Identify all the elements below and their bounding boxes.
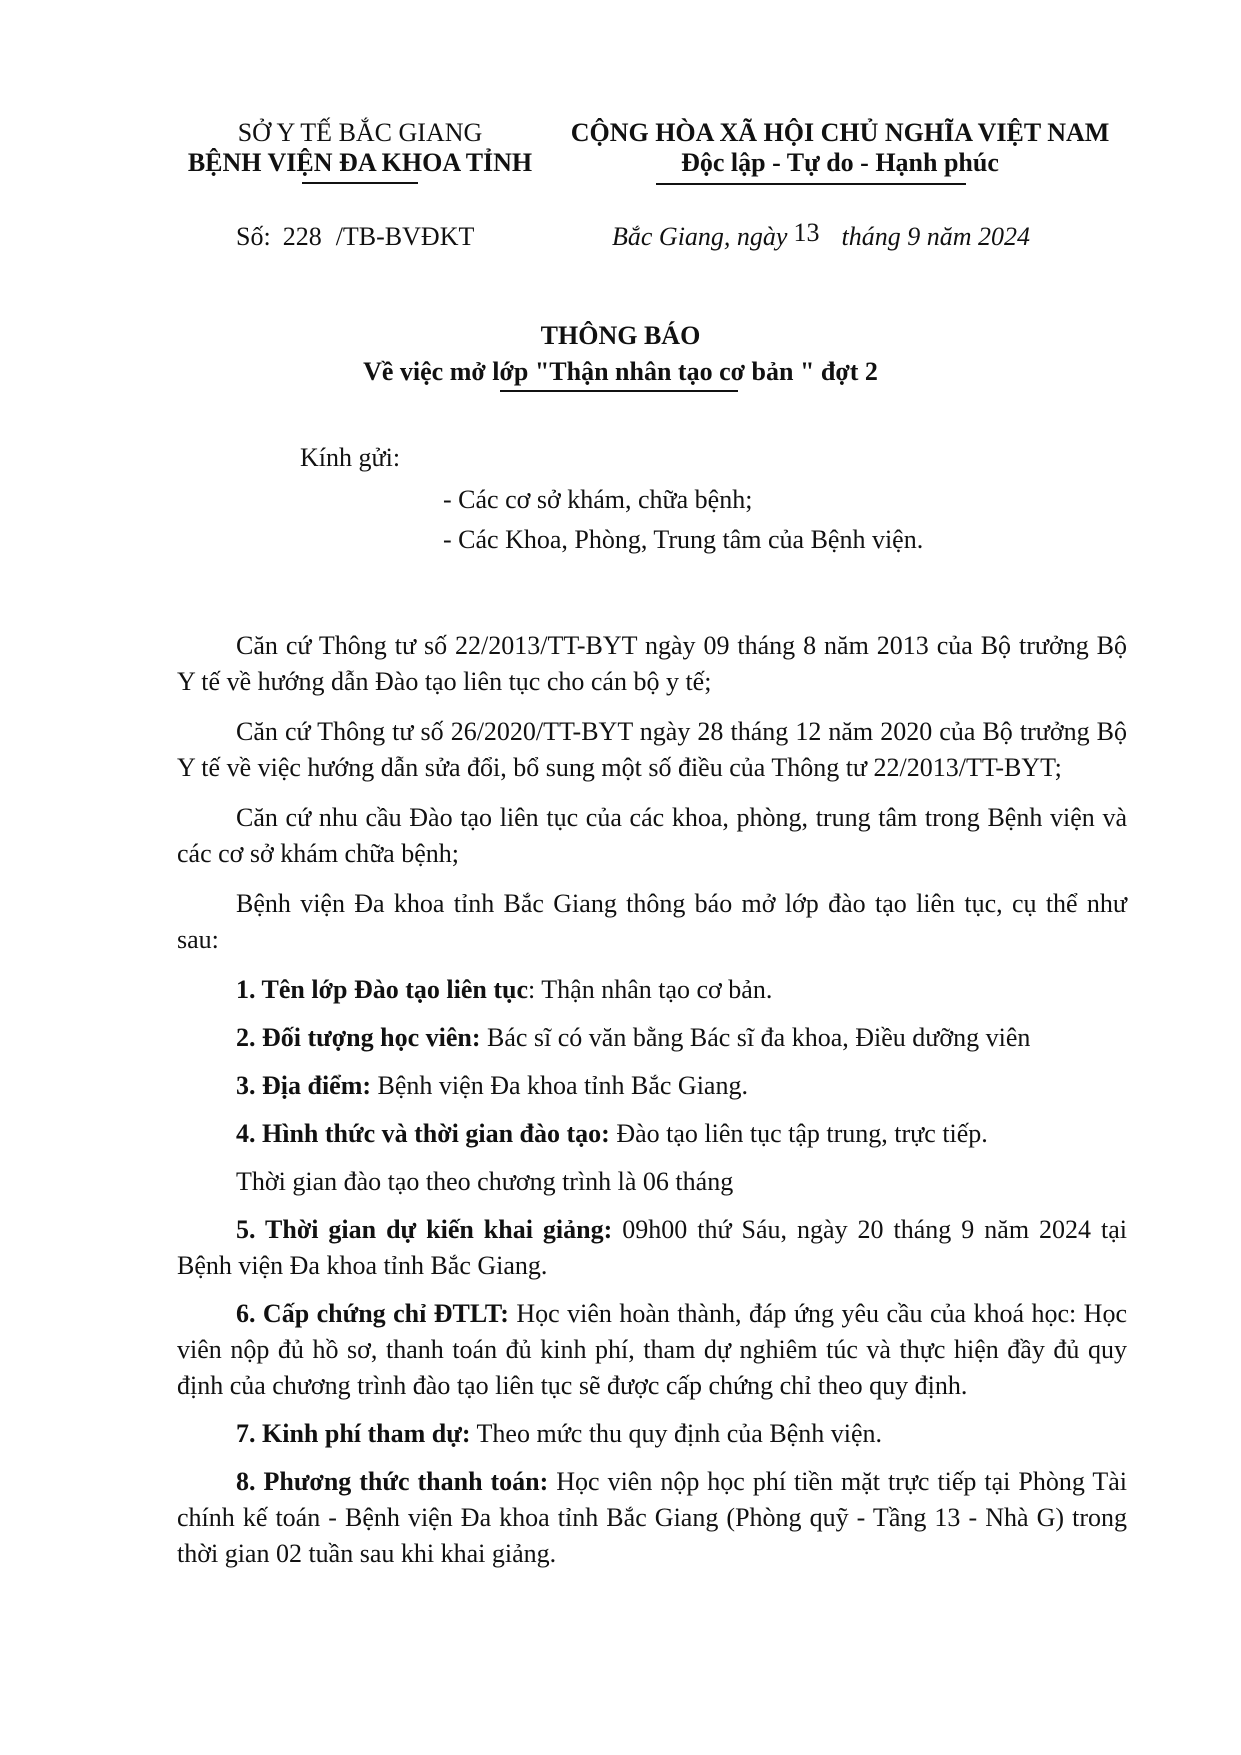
section-text: Bác sĩ có văn bằng Bác sĩ đa khoa, Điều … (487, 1023, 1030, 1052)
section-course-name: 1. Tên lớp Đào tạo liên tục: Thận nhân t… (177, 972, 1127, 1008)
section-separator: : (528, 975, 541, 1004)
recipient-item: - Các Khoa, Phòng, Trung tâm của Bệnh vi… (443, 522, 923, 558)
section-label: 4. Hình thức và thời gian đào tạo: (236, 1119, 610, 1148)
section-format: 4. Hình thức và thời gian đào tạo: Đào t… (177, 1116, 1127, 1152)
recipients-block: Kính gửi: - Các cơ sở khám, chữa bệnh; -… (300, 440, 923, 562)
preamble-paragraph: Căn cứ Thông tư số 26/2020/TT-BYT ngày 2… (177, 714, 1127, 786)
document-body: Căn cứ Thông tư số 22/2013/TT-BYT ngày 0… (177, 628, 1127, 1584)
section-target-learners: 2. Đối tượng học viên: Bác sĩ có văn bằn… (177, 1020, 1127, 1056)
document-number: Số:228/TB-BVĐKT (236, 222, 474, 252)
section-label: 2. Đối tượng học viên: (236, 1023, 481, 1052)
date-prefix: Bắc Giang, ngày (612, 222, 787, 251)
section-text: Thận nhân tạo cơ bản. (541, 975, 772, 1004)
agency-name: BỆNH VIỆN ĐA KHOA TỈNH (170, 148, 550, 178)
title-underline (500, 390, 738, 392)
section-text: Theo mức thu quy định của Bệnh viện. (477, 1419, 882, 1448)
section-payment-method: 8. Phương thức thanh toán: Học viên nộp … (177, 1464, 1127, 1572)
preamble-paragraph: Bệnh viện Đa khoa tỉnh Bắc Giang thông b… (177, 886, 1127, 958)
section-separator (612, 1215, 622, 1244)
section-text: Bệnh viện Đa khoa tỉnh Bắc Giang. (378, 1071, 748, 1100)
section-location: 3. Địa điểm: Bệnh viện Đa khoa tỉnh Bắc … (177, 1068, 1127, 1104)
section-label: 6. Cấp chứng chỉ ĐTLT: (236, 1299, 509, 1328)
date-day: 13 (793, 218, 819, 247)
document-date: Bắc Giang, ngày13tháng 9 năm 2024 (612, 222, 1030, 252)
preamble-paragraph: Căn cứ Thông tư số 22/2013/TT-BYT ngày 0… (177, 628, 1127, 700)
motto-underline (656, 183, 966, 185)
section-duration: Thời gian đào tạo theo chương trình là 0… (177, 1164, 1127, 1200)
section-label: 5. Thời gian dự kiến khai giảng: (236, 1215, 612, 1244)
section-label: 8. Phương thức thanh toán: (236, 1467, 548, 1496)
section-label: 3. Địa điểm: (236, 1071, 371, 1100)
agency-underline (302, 182, 418, 184)
nation-name: CỘNG HÒA XÃ HỘI CHỦ NGHĨA VIỆT NAM (540, 118, 1140, 148)
section-label: 7. Kinh phí tham dự: (236, 1419, 471, 1448)
recipient-item: - Các cơ sở khám, chữa bệnh; (443, 482, 923, 518)
section-opening-time: 5. Thời gian dự kiến khai giảng: 09h00 t… (177, 1212, 1127, 1284)
recipients-label: Kính gửi: (300, 440, 923, 476)
section-label: 1. Tên lớp Đào tạo liên tục (236, 975, 528, 1004)
number-suffix: /TB-BVĐKT (336, 222, 475, 251)
document-title-block: THÔNG BÁO Về việc mở lớp "Thận nhân tạo … (0, 318, 1241, 390)
section-text: Đào tạo liên tục tập trung, trực tiếp. (616, 1119, 987, 1148)
national-header-block: CỘNG HÒA XÃ HỘI CHỦ NGHĨA VIỆT NAM Độc l… (540, 118, 1140, 178)
section-fee: 7. Kinh phí tham dự: Theo mức thu quy đị… (177, 1416, 1127, 1452)
national-motto: Độc lập - Tự do - Hạnh phúc (540, 148, 1140, 178)
section-text: Thời gian đào tạo theo chương trình là 0… (236, 1167, 733, 1196)
number-value: 228 (283, 222, 322, 251)
document-subtitle: Về việc mở lớp "Thận nhân tạo cơ bản " đ… (0, 354, 1241, 390)
document-title: THÔNG BÁO (0, 318, 1241, 354)
section-certificate: 6. Cấp chứng chỉ ĐTLT: Học viên hoàn thà… (177, 1296, 1127, 1404)
preamble-paragraph: Căn cứ nhu cầu Đào tạo liên tục của các … (177, 800, 1127, 872)
date-suffix: tháng 9 năm 2024 (841, 222, 1030, 251)
issuing-agency-block: SỞ Y TẾ BẮC GIANG BỆNH VIỆN ĐA KHOA TỈNH (170, 118, 550, 178)
parent-agency: SỞ Y TẾ BẮC GIANG (170, 118, 550, 148)
number-prefix: Số: (236, 222, 271, 251)
